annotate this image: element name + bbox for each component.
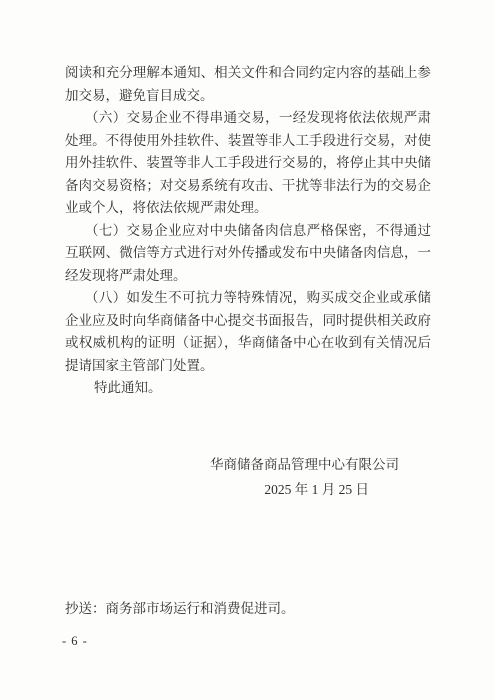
body-line: 互联网、微信等方式进行对外传播或发布中央储备肉信息，一 xyxy=(65,242,431,265)
notice-body: 阅读和充分理解本通知、相关文件和合同约定内容的基础上参 加交易，避免盲目成交。 … xyxy=(65,62,431,400)
body-line: 企业应及时向华商储备中心提交书面报告，同时提供相关政府 xyxy=(65,310,431,333)
body-line: 阅读和充分理解本通知、相关文件和合同约定内容的基础上参 xyxy=(65,62,431,85)
body-line: 用外挂软件、装置等非人工手段进行交易的，将停止其中央储 xyxy=(65,152,431,175)
issuer-signature: 华商储备商品管理中心有限公司 xyxy=(65,454,431,477)
body-line-item-six: （六）交易企业不得串通交易，一经发现将依法依规严肃 xyxy=(65,107,431,130)
body-line: 业或个人，将依法依规严肃处理。 xyxy=(65,197,431,220)
body-line-item-eight: （八）如发生不可抗力等特殊情况，购买成交企业或承储 xyxy=(65,287,431,310)
body-line: 处理。不得使用外挂软件、装置等非人工手段进行交易，对使 xyxy=(65,130,431,153)
body-line: 备肉交易资格；对交易系统有攻击、干扰等非法行为的交易企 xyxy=(65,175,431,198)
body-line-item-seven: （七）交易企业应对中央储备肉信息严格保密，不得通过 xyxy=(65,220,431,243)
body-line: 经发现将严肃处理。 xyxy=(65,265,431,288)
body-line: 或权威机构的证明（证据），华商储备中心在收到有关情况后 xyxy=(65,332,431,355)
closing-line: 特此通知。 xyxy=(65,377,431,400)
cc-line: 抄送：商务部市场运行和消费促进司。 xyxy=(65,598,295,621)
document-page: 阅读和充分理解本通知、相关文件和合同约定内容的基础上参 加交易，避免盲目成交。 … xyxy=(0,0,494,700)
page-number: - 6 - xyxy=(62,632,88,650)
body-line: 提请国家主管部门处置。 xyxy=(65,355,431,378)
body-line: 加交易，避免盲目成交。 xyxy=(65,85,431,108)
issue-date: 2025 年 1 月 25 日 xyxy=(65,479,431,502)
